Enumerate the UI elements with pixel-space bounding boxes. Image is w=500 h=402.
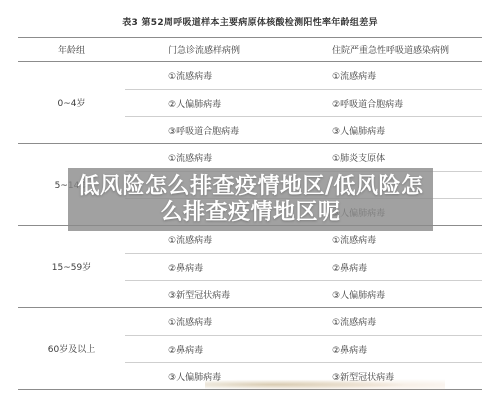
inpatient-rank-2: ②鼻病毒 bbox=[289, 261, 482, 274]
age-group-0-4: 0~4岁 ①流感病毒 ①流感病毒 ②人偏肺病毒 ②呼吸道合胞病毒 ③呼吸道合胞病… bbox=[18, 62, 482, 144]
header-inpatient-sari-cases: 住院严重急性呼吸道感染病例 bbox=[289, 43, 482, 56]
inpatient-rank-1: ①肺炎支原体 bbox=[289, 151, 482, 164]
article-page: 表3 第52周呼吸道样本主要病原体核酸检测阳性率年龄组差异 年龄组 门急诊流感样… bbox=[0, 0, 500, 402]
table-row: ①流感病毒 ①流感病毒 bbox=[125, 62, 482, 89]
age-group-60-plus: 60岁及以上 ①流感病毒 ①流感病毒 ②鼻病毒 ②鼻病毒 ③人偏肺病毒 ③新型冠… bbox=[18, 308, 482, 390]
age-label: 15~59岁 bbox=[18, 226, 125, 307]
outpatient-rank-1: ①流感病毒 bbox=[125, 151, 289, 164]
header-outpatient-ili-cases: 门急诊流感样病例 bbox=[125, 43, 289, 56]
table-row: ①流感病毒 ①流感病毒 bbox=[125, 308, 482, 335]
inpatient-rank-3: ③新型冠状病毒 bbox=[289, 370, 482, 383]
header-age-group: 年龄组 bbox=[18, 43, 125, 56]
table-row: ③呼吸道合胞病毒 ③人偏肺病毒 bbox=[125, 116, 482, 143]
table-header-row: 年龄组 门急诊流感样病例 住院严重急性呼吸道感染病例 bbox=[18, 37, 482, 62]
inpatient-rank-1: ①流感病毒 bbox=[289, 69, 482, 82]
age-group-15-59: 15~59岁 ①流感病毒 ①流感病毒 ②鼻病毒 ②鼻病毒 ③新型冠状病毒 ③人偏… bbox=[18, 226, 482, 308]
outpatient-rank-3: ③呼吸道合胞病毒 bbox=[125, 124, 289, 137]
inpatient-rank-1: ①流感病毒 bbox=[289, 315, 482, 328]
table-row: ③新型冠状病毒 ③人偏肺病毒 bbox=[125, 280, 482, 307]
table-row: ①流感病毒 ①肺炎支原体 bbox=[125, 144, 482, 171]
outpatient-rank-2: ②人偏肺病毒 bbox=[125, 97, 289, 110]
table-row: ②鼻病毒 ②鼻病毒 bbox=[125, 253, 482, 280]
age-label: 60岁及以上 bbox=[18, 308, 125, 389]
outpatient-rank-2: ②鼻病毒 bbox=[125, 261, 289, 274]
watermark-text-line2: 么排查疫情地区呢 bbox=[160, 200, 340, 226]
watermark-text-line1: 低风险怎么排查疫情地区/低风险怎 bbox=[77, 174, 423, 200]
outpatient-rank-3: ③新型冠状病毒 bbox=[125, 288, 289, 301]
outpatient-rank-1: ①流感病毒 bbox=[125, 233, 289, 246]
outpatient-rank-1: ①流感病毒 bbox=[125, 69, 289, 82]
table-row: ②鼻病毒 ②鼻病毒 bbox=[125, 335, 482, 362]
outpatient-rank-2: ②鼻病毒 bbox=[125, 343, 289, 356]
inpatient-rank-3: ③人偏肺病毒 bbox=[289, 288, 482, 301]
table-title: 表3 第52周呼吸道样本主要病原体核酸检测阳性率年龄组差异 bbox=[0, 0, 500, 37]
inpatient-rank-2: ②鼻病毒 bbox=[289, 343, 482, 356]
outpatient-rank-1: ①流感病毒 bbox=[125, 315, 289, 328]
watermark-overlay: 低风险怎么排查疫情地区/低风险怎 么排查疫情地区呢 bbox=[68, 168, 433, 231]
table-row: ②人偏肺病毒 ②呼吸道合胞病毒 bbox=[125, 89, 482, 116]
age-label: 0~4岁 bbox=[18, 62, 125, 143]
table-row: ③人偏肺病毒 ③新型冠状病毒 bbox=[125, 362, 482, 389]
outpatient-rank-3: ③人偏肺病毒 bbox=[125, 370, 289, 383]
inpatient-rank-2: ②呼吸道合胞病毒 bbox=[289, 97, 482, 110]
inpatient-rank-1: ①流感病毒 bbox=[289, 233, 482, 246]
inpatient-rank-3: ③人偏肺病毒 bbox=[289, 124, 482, 137]
